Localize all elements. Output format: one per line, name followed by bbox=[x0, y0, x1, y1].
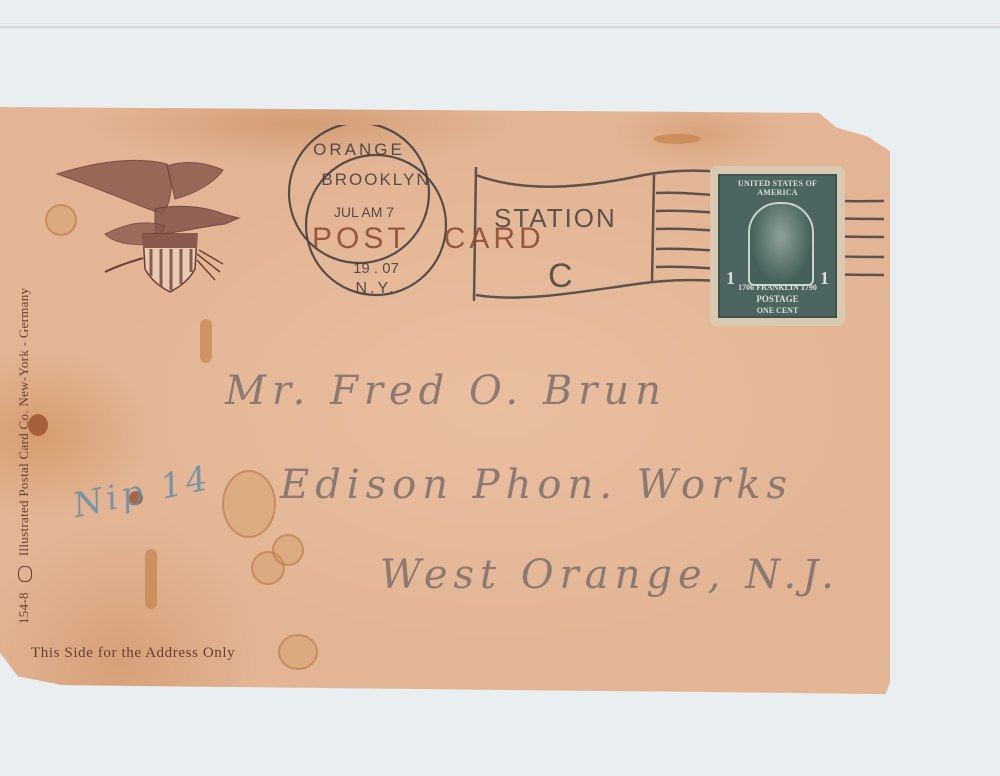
postmark-circles: ORANGE BROOKLYN JUL AM 7 19 . 07 N.Y. bbox=[284, 125, 454, 300]
eagle-icon bbox=[55, 154, 245, 294]
address-line-1: Mr. Fred O. Brun bbox=[225, 368, 667, 414]
heading-card: CARD bbox=[444, 222, 545, 255]
heading-post: POST bbox=[312, 222, 410, 255]
address-line-3: West Orange, N.J. bbox=[380, 552, 840, 598]
stain bbox=[653, 134, 701, 144]
stamp-postage: POSTAGE bbox=[720, 294, 835, 304]
publisher-number: 154-8 bbox=[16, 592, 31, 624]
franklin-portrait-icon bbox=[748, 202, 814, 286]
stamp-country: UNITED STATES OF AMERICA bbox=[720, 179, 835, 197]
svg-text:ORANGE: ORANGE bbox=[313, 140, 405, 159]
stamp-value: ONE CENT bbox=[720, 306, 835, 315]
background-rule-line bbox=[0, 23, 1000, 29]
svg-text:JUL AM 7: JUL AM 7 bbox=[334, 204, 394, 220]
postmark-icon: ORANGE BROOKLYN JUL AM 7 19 . 07 N.Y. bbox=[284, 125, 454, 300]
svg-text:19 . 07: 19 . 07 bbox=[353, 260, 399, 277]
stain bbox=[278, 634, 318, 670]
postcard: 154-8Illustrated Postal Card Co. New-Yor… bbox=[0, 104, 890, 694]
address-line-2: Edison Phon. Works bbox=[280, 462, 793, 508]
stamp-subject: 1706 FRANKLIN 1790 bbox=[720, 283, 835, 292]
stain bbox=[222, 470, 276, 538]
stamp-design: UNITED STATES OF AMERICA 1 1 1706 FRANKL… bbox=[718, 174, 837, 318]
publisher-text: Illustrated Postal Card Co. New-York - G… bbox=[16, 288, 31, 556]
address-only-footer: This Side for the Address Only bbox=[31, 645, 235, 662]
stain bbox=[272, 534, 304, 566]
stain bbox=[200, 319, 212, 363]
publisher-imprint: 154-8Illustrated Postal Card Co. New-Yor… bbox=[16, 288, 32, 624]
eagle-shield-emblem bbox=[55, 154, 245, 294]
svg-text:N.Y.: N.Y. bbox=[355, 280, 396, 297]
svg-text:C: C bbox=[548, 257, 573, 295]
svg-text:BROOKLYN: BROOKLYN bbox=[321, 170, 430, 189]
postage-stamp: UNITED STATES OF AMERICA 1 1 1706 FRANKL… bbox=[710, 166, 845, 326]
publisher-logo-icon bbox=[18, 566, 32, 582]
postcard-heading: POSTCARD bbox=[312, 222, 545, 256]
pencil-notation: Nip 14 bbox=[69, 458, 215, 526]
stain bbox=[145, 549, 157, 609]
